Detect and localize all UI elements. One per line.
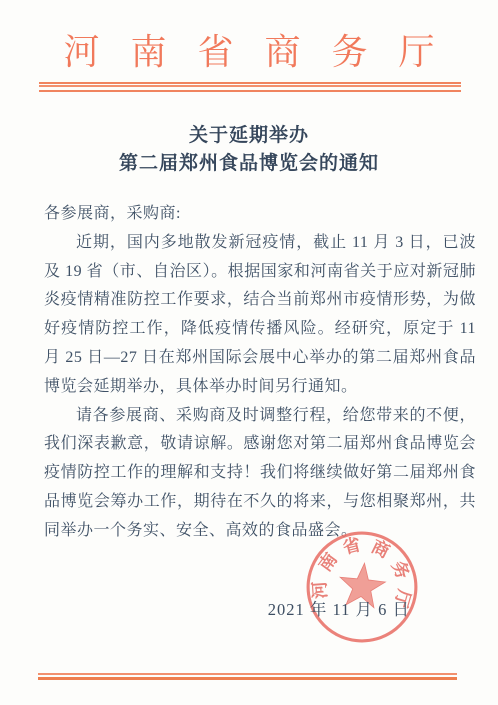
document-title-line-1: 关于延期举办 <box>0 122 498 150</box>
seal-arc-char: 省 <box>341 534 363 558</box>
document-page: 河南省商务厅 关于延期举办 第二届郑州食品博览会的通知 各参展商，采购商: 近期… <box>0 0 498 705</box>
document-title: 关于延期举办 第二届郑州食品博览会的通知 <box>0 122 498 178</box>
official-seal: 河 南 省 商 务 厅 <box>299 524 424 649</box>
footer-rule-line-1 <box>38 673 457 675</box>
letterhead-org-name: 河南省商务厅 <box>0 30 498 74</box>
letterhead-rule-line-3 <box>39 90 461 92</box>
salutation: 各参展商，采购商: <box>44 200 476 229</box>
letterhead-rule-line-1 <box>39 82 461 84</box>
letterhead-rule-line-2 <box>39 85 461 87</box>
document-title-line-2: 第二届郑州食品博览会的通知 <box>0 150 498 178</box>
footer-rule-line-2 <box>38 677 457 680</box>
body-paragraph-2: 请各参展商、采购商及时调整行程，给您带来的不便，我们深表歉意，敬请谅解。感谢您对… <box>44 402 476 546</box>
signature-date: 2021 年 11 月 6 日 <box>268 596 410 620</box>
body-paragraph-1: 近期，国内多地散发新冠疫情，截止 11 月 3 日，已波及 19 省（市、自治区… <box>44 229 476 402</box>
document-body: 各参展商，采购商: 近期，国内多地散发新冠疫情，截止 11 月 3 日，已波及 … <box>44 200 476 546</box>
letterhead-rule <box>39 82 461 92</box>
footer-rule <box>38 673 457 680</box>
